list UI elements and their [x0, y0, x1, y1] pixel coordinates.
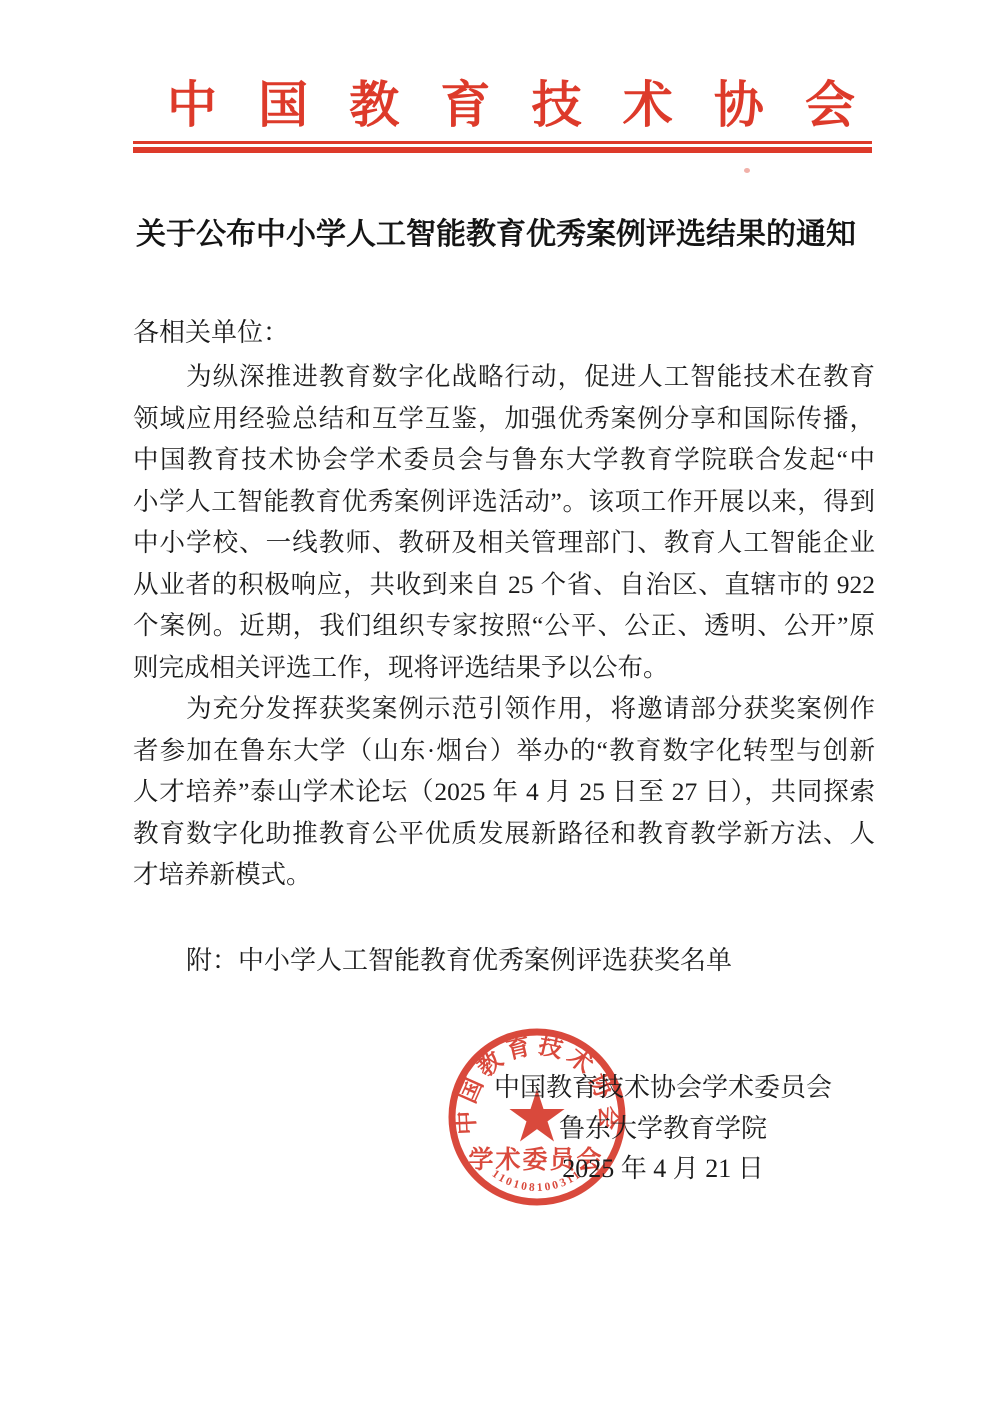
signature-org-2: 鲁东大学教育学院 [483, 1109, 843, 1150]
letterhead-char: 会 [805, 78, 855, 133]
body-line: 才培养新模式。 [133, 854, 875, 896]
body-line: 中小学校、一线教师、教研及相关管理部门、教育人工智能企业 [133, 522, 875, 564]
body-line: 小学人工智能教育优秀案例评选活动”。该项工作开展以来，得到 [133, 481, 875, 523]
body-line: 者参加在鲁东大学（山东·烟台）举办的“教育数字化转型与创新 [133, 730, 875, 772]
body-line: 从业者的积极响应，共收到来自 25 个省、自治区、直辖市的 922 [133, 564, 875, 606]
letterhead-char: 中 [167, 78, 217, 133]
body-line: 领域应用经验总结和互学互鉴，加强优秀案例分享和国际传播， [133, 398, 875, 440]
letterhead-char: 教 [349, 78, 399, 133]
body-line: 教育数字化助推教育公平优质发展新路径和教育教学新方法、人 [133, 813, 875, 855]
body-line: 个案例。近期，我们组织专家按照“公平、公正、透明、公开”原 [133, 605, 875, 647]
greeting: 各相关单位： [133, 316, 289, 350]
document-title: 关于公布中小学人工智能教育优秀案例评选结果的通知 [96, 215, 896, 255]
document-page: 中国教育技术协会 关于公布中小学人工智能教育优秀案例评选结果的通知 各相关单位：… [0, 0, 992, 1403]
signature-block: 中国教育技术协会学术委员会 鲁东大学教育学院 2025 年 4 月 21 日 [483, 1068, 843, 1190]
body-line: 中国教育技术协会学术委员会与鲁东大学教育学院联合发起“中 [133, 439, 875, 481]
attachment-note: 附：中小学人工智能教育优秀案例评选获奖名单 [186, 943, 732, 979]
letterhead-char: 国 [258, 78, 308, 133]
letterhead-char: 育 [440, 78, 490, 133]
letterhead-char: 术 [623, 78, 673, 133]
body-text: 为纵深推进教育数字化战略行动，促进人工智能技术在教育领域应用经验总结和互学互鉴，… [133, 356, 875, 896]
body-line: 为充分发挥获奖案例示范引领作用，将邀请部分获奖案例作 [133, 688, 875, 730]
signature-org-1: 中国教育技术协会学术委员会 [483, 1068, 843, 1109]
body-line: 人才培养”泰山学术论坛（2025 年 4 月 25 日至 27 日），共同探索 [133, 771, 875, 813]
letterhead-char: 技 [532, 78, 582, 133]
letterhead-org-name: 中国教育技术协会 [167, 78, 855, 133]
letterhead-char: 协 [714, 78, 764, 133]
signature-date: 2025 年 4 月 21 日 [483, 1149, 843, 1190]
letterhead-rule-thin [133, 141, 872, 144]
letterhead-rule-thick [133, 147, 872, 153]
body-line: 则完成相关评选工作，现将评选结果予以公布。 [133, 647, 875, 689]
body-line: 为纵深推进教育数字化战略行动，促进人工智能技术在教育 [133, 356, 875, 398]
scan-artifact-dot [744, 168, 750, 173]
